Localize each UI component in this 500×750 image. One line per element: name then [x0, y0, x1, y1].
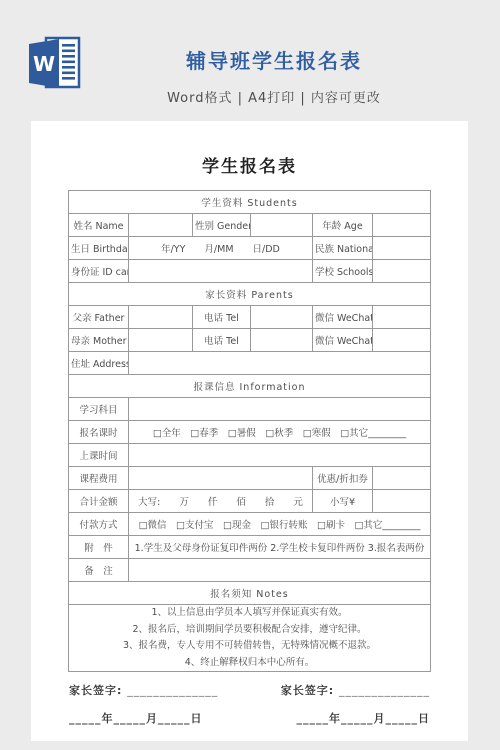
- field-subject: [128, 398, 430, 421]
- field-period-checkboxes: □全年 □春季 □暑假 □秋季 □寒假 □其它________: [128, 421, 430, 444]
- field-father-tel: [250, 306, 312, 329]
- note-item-1: 1、以上信息由学员本人填写并保证真实有效。: [71, 605, 428, 622]
- section-students-row: 学生资料 Students: [68, 191, 430, 214]
- note-item-2: 2、报名后，培训期间学员要积极配合安排，遵守纪律。: [71, 622, 428, 639]
- page-title: 辅导班学生报名表: [0, 45, 500, 74]
- note-item-3: 3、报名费，专人专用不可转借转售，无特殊情况概不退款。: [71, 638, 428, 655]
- label-payment: 付款方式: [68, 513, 128, 536]
- notes-cell: 1、以上信息由学员本人填写并保证真实有效。 2、报名后，培训期间学员要积极配合安…: [68, 605, 430, 672]
- signature-label-right: 家长签字:: [281, 684, 339, 697]
- label-discount: 优惠/折扣券: [312, 467, 372, 490]
- row-idcard: 身份证 ID card 学校 Schools: [68, 260, 430, 283]
- signature-label-left: 家长签字:: [69, 684, 127, 697]
- label-total: 合计金额: [68, 490, 128, 513]
- field-fee: [128, 467, 312, 490]
- field-name: [128, 214, 192, 237]
- row-class-time: 上课时间: [68, 444, 430, 467]
- field-discount: [372, 467, 430, 490]
- field-birthday: 年/YY 月/MM 日/DD: [128, 237, 312, 260]
- row-attachment: 附 件 1.学生及父母身份证复印件两份 2.学生校卡复印件两份 3.报名表两份: [68, 536, 430, 559]
- row-notes: 1、以上信息由学员本人填写并保证真实有效。 2、报名后，培训期间学员要积极配合安…: [68, 605, 430, 672]
- label-idcard: 身份证 ID card: [68, 260, 128, 283]
- date-line-left: _____年_____月_____日: [69, 710, 203, 726]
- header: W 辅导班学生报名表 Word格式 | A4打印 | 内容可更改: [0, 0, 500, 121]
- label-mother: 母亲 Mother: [68, 329, 128, 352]
- form-title: 学生报名表: [31, 121, 468, 177]
- field-father: [128, 306, 192, 329]
- field-total-words: 大写: 万 仟 佰 拾 元: [128, 490, 312, 513]
- section-info-row: 报课信息 Information: [68, 375, 430, 398]
- label-father-wechat: 微信 WeChat: [312, 306, 372, 329]
- field-gender: [250, 214, 312, 237]
- section-header-info: 报课信息 Information: [68, 375, 430, 398]
- field-total-figures: [372, 490, 430, 513]
- label-period: 报名课时: [68, 421, 128, 444]
- signature-line-left: ______________: [127, 684, 218, 697]
- date-row: _____年_____月_____日 _____年_____月_____日: [69, 710, 430, 726]
- field-attachment: 1.学生及父母身份证复印件两份 2.学生校卡复印件两份 3.报名表两份: [128, 536, 430, 559]
- label-mother-tel: 电话 Tel: [192, 329, 250, 352]
- field-national: [372, 237, 430, 260]
- label-national: 民族 National: [312, 237, 372, 260]
- section-notes-row: 报名须知 Notes: [68, 582, 430, 605]
- field-school: [372, 260, 430, 283]
- label-attachment: 附 件: [68, 536, 128, 559]
- label-birthday: 生日 Birthday: [68, 237, 128, 260]
- label-fee: 课程费用: [68, 467, 128, 490]
- row-address: 住址 Address: [68, 352, 430, 375]
- label-father: 父亲 Father: [68, 306, 128, 329]
- parent-signature-right: 家长签字: ______________: [281, 682, 430, 698]
- row-period: 报名课时 □全年 □春季 □暑假 □秋季 □寒假 □其它________: [68, 421, 430, 444]
- row-mother: 母亲 Mother 电话 Tel 微信 WeChat: [68, 329, 430, 352]
- section-header-parents: 家长资料 Parents: [68, 283, 430, 306]
- parent-signature-left: 家长签字: ______________: [69, 682, 218, 698]
- field-address: [128, 352, 430, 375]
- row-payment: 付款方式 □微信 □支付宝 □现金 □银行转账 □刷卡 □其它________: [68, 513, 430, 536]
- label-subject: 学习科目: [68, 398, 128, 421]
- label-address: 住址 Address: [68, 352, 128, 375]
- field-age: [372, 214, 430, 237]
- row-fee: 课程费用 优惠/折扣券: [68, 467, 430, 490]
- field-mother-wechat: [372, 329, 430, 352]
- field-idcard: [128, 260, 312, 283]
- field-remark: [128, 559, 430, 582]
- field-class-time: [128, 444, 430, 467]
- row-total: 合计金额 大写: 万 仟 佰 拾 元 小写¥: [68, 490, 430, 513]
- page-subtitle: Word格式 | A4打印 | 内容可更改: [0, 87, 500, 106]
- label-class-time: 上课时间: [68, 444, 128, 467]
- section-header-notes: 报名须知 Notes: [68, 582, 430, 605]
- row-birthday: 生日 Birthday 年/YY 月/MM 日/DD 民族 National: [68, 237, 430, 260]
- label-father-tel: 电话 Tel: [192, 306, 250, 329]
- date-line-right: _____年_____月_____日: [297, 710, 431, 726]
- form-card: 学生报名表 学生资料 Students 姓名 Name 性别 Gender 年龄…: [31, 121, 468, 741]
- row-father: 父亲 Father 电话 Tel 微信 WeChat: [68, 306, 430, 329]
- field-father-wechat: [372, 306, 430, 329]
- registration-table: 学生资料 Students 姓名 Name 性别 Gender 年龄 Age 生…: [68, 190, 431, 672]
- row-remark: 备 注: [68, 559, 430, 582]
- row-subject: 学习科目: [68, 398, 430, 421]
- signature-row: 家长签字: ______________ 家长签字: _____________…: [69, 682, 430, 698]
- label-total-figures: 小写¥: [312, 490, 372, 513]
- note-item-4: 4、终止解释权归本中心所有。: [71, 655, 428, 672]
- label-mother-wechat: 微信 WeChat: [312, 329, 372, 352]
- label-gender: 性别 Gender: [192, 214, 250, 237]
- label-name: 姓名 Name: [68, 214, 128, 237]
- row-name-gender-age: 姓名 Name 性别 Gender 年龄 Age: [68, 214, 430, 237]
- section-header-students: 学生资料 Students: [68, 191, 430, 214]
- signature-line-right: ______________: [339, 684, 430, 697]
- section-parents-row: 家长资料 Parents: [68, 283, 430, 306]
- label-age: 年龄 Age: [312, 214, 372, 237]
- field-mother-tel: [250, 329, 312, 352]
- label-school: 学校 Schools: [312, 260, 372, 283]
- field-payment-checkboxes: □微信 □支付宝 □现金 □银行转账 □刷卡 □其它________: [128, 513, 430, 536]
- field-mother: [128, 329, 192, 352]
- label-remark: 备 注: [68, 559, 128, 582]
